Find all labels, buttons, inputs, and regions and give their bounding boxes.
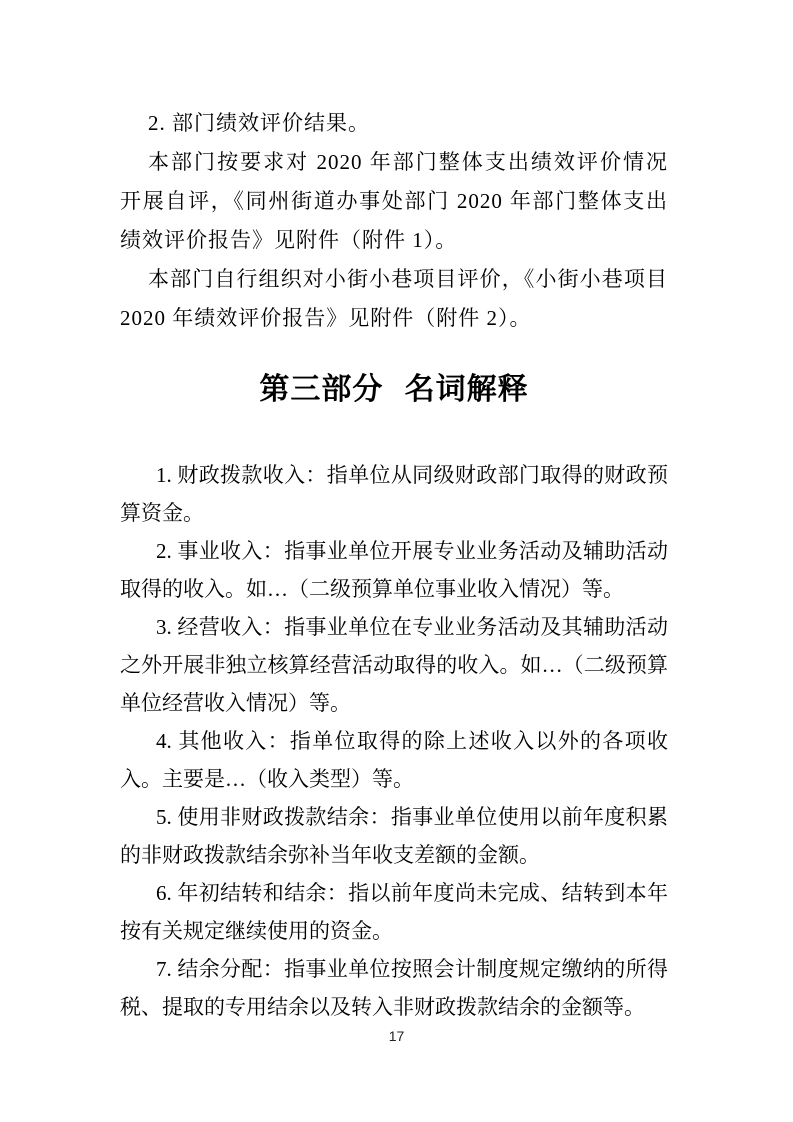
paragraph-evaluation-result-title: 2. 部门绩效评价结果。 [120,104,668,143]
section-heading-part-three: 第三部分 名词解释 [120,372,668,408]
glossary-term-operating-income-public: 2. 事业收入：指事业单位开展专业业务活动及辅助活动取得的收入。如…（二级预算单… [120,532,668,608]
glossary-term-non-fiscal-balance-use: 5. 使用非财政拨款结余：指事业单位使用以前年度积累的非财政拨款结余弥补当年收支… [120,798,668,874]
glossary-term-fiscal-appropriation-income: 1. 财政拨款收入：指单位从同级财政部门取得的财政预算资金。 [120,456,668,532]
performance-evaluation-section: 2. 部门绩效评价结果。 本部门按要求对 2020 年部门整体支出绩效评价情况开… [120,0,668,338]
page-content: 2. 部门绩效评价结果。 本部门按要求对 2020 年部门整体支出绩效评价情况开… [120,0,668,1026]
glossary-term-business-income: 3. 经营收入：指事业单位在专业业务活动及其辅助活动之外开展非独立核算经营活动取… [120,608,668,722]
paragraph-project-evaluation: 本部门自行组织对小街小巷项目评价，《小街小巷项目 2020 年绩效评价报告》见附… [120,260,668,338]
glossary-term-balance-distribution: 7. 结余分配：指事业单位按照会计制度规定缴纳的所得税、提取的专用结余以及转入非… [120,950,668,1026]
paragraph-self-evaluation: 本部门按要求对 2020 年部门整体支出绩效评价情况开展自评，《同州街道办事处部… [120,143,668,260]
document-page: 2. 部门绩效评价结果。 本部门按要求对 2020 年部门整体支出绩效评价情况开… [0,0,793,1122]
glossary-term-other-income: 4. 其他收入：指单位取得的除上述收入以外的各项收入。主要是…（收入类型）等。 [120,722,668,798]
glossary-term-beginning-year-carryover: 6. 年初结转和结余：指以前年度尚未完成、结转到本年按有关规定继续使用的资金。 [120,874,668,950]
glossary-section: 1. 财政拨款收入：指单位从同级财政部门取得的财政预算资金。 2. 事业收入：指… [120,456,668,1026]
page-number: 17 [0,1027,793,1045]
